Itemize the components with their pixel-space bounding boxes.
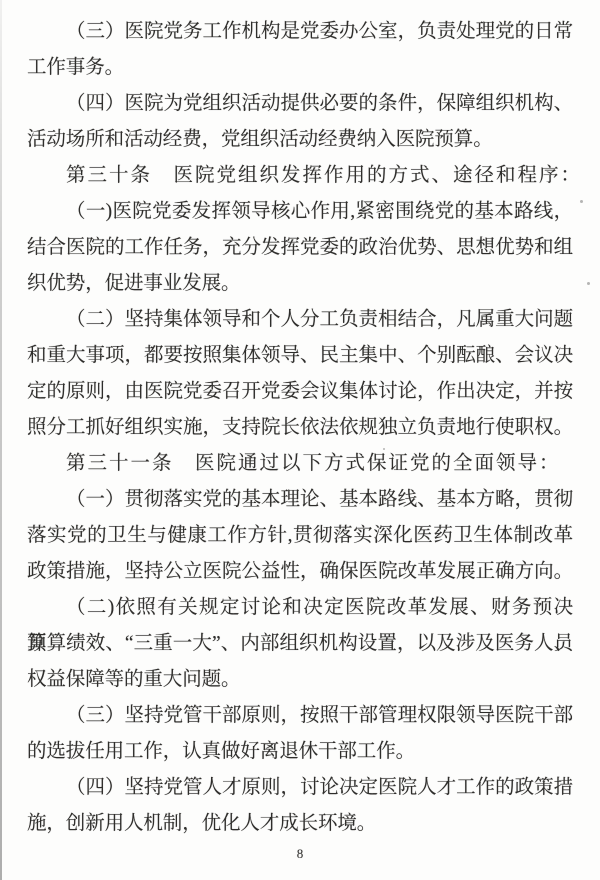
- document-page: （三）医院党务工作机构是党委办公室，负责处理党的日常 工作事务。 （四）医院为党…: [0, 0, 600, 880]
- scan-speck: [580, 200, 583, 203]
- text-line: （四）医院为党组织活动提供必要的条件，保障组织机构、: [27, 86, 573, 122]
- text-line: 政策措施，坚持公立医院公益性，确保医院改革发展正确方向。: [27, 554, 573, 590]
- text-line: 的选拔任用工作，认真做好离退休干部工作。: [27, 734, 573, 770]
- document-body: （三）医院党务工作机构是党委办公室，负责处理党的日常 工作事务。 （四）医院为党…: [27, 14, 573, 842]
- text-line: 织优势，促进事业发展。: [27, 266, 573, 302]
- page-number: 8: [0, 845, 600, 863]
- text-line: （三）坚持党管干部原则，按照干部管理权限领导医院干部: [27, 698, 573, 734]
- text-line: （一)医院党委发挥领导核心作用,紧密围绕党的基本路线，: [27, 194, 573, 230]
- text-line: （二）坚持集体领导和个人分工负责相结合，凡属重大问题: [27, 302, 573, 338]
- text-line: （四）坚持党管人才原则，讨论决定医院人才工作的政策措: [27, 770, 573, 806]
- text-line: 施，创新用人机制，优化人才成长环境。: [27, 806, 573, 842]
- text-line: 权益保障等的重大问题。: [27, 662, 573, 698]
- text-line: （二)依照有关规定讨论和决定医院改革发展、财务预决算、: [27, 590, 573, 626]
- article-heading: 第三十一条 医院通过以下方式保证党的全面领导：: [27, 446, 573, 482]
- scan-speck: [383, 448, 385, 450]
- text-line: 和重大事项，都要按照集体领导、民主集中、个别酝酿、会议决: [27, 338, 573, 374]
- scan-edge-artifact: [0, 0, 2, 880]
- text-line: 结合医院的工作任务，充分发挥党委的政治优势、思想优势和组: [27, 230, 573, 266]
- text-line: （一）贯彻落实党的基本理论、基本路线、基本方略，贯彻: [27, 482, 573, 518]
- text-line: 工作事务。: [27, 50, 573, 86]
- text-line: 落实党的卫生与健康工作方针,贯彻落实深化医药卫生体制改革: [27, 518, 573, 554]
- text-line: 照分工抓好组织实施，支持院长依法依规独立负责地行使职权。: [27, 410, 573, 446]
- article-heading: 第三十条 医院党组织发挥作用的方式、途径和程序：: [27, 158, 573, 194]
- scan-speck: [587, 282, 590, 285]
- text-line: （三）医院党务工作机构是党委办公室，负责处理党的日常: [27, 14, 573, 50]
- text-line: 定的原则，由医院党委召开党委会议集体讨论，作出决定，并按: [27, 374, 573, 410]
- text-line: 活动场所和活动经费，党组织活动经费纳入医院预算。: [27, 122, 573, 158]
- text-line: 预算绩效、“三重一大”、内部组织机构设置，以及涉及医务人员: [27, 626, 573, 662]
